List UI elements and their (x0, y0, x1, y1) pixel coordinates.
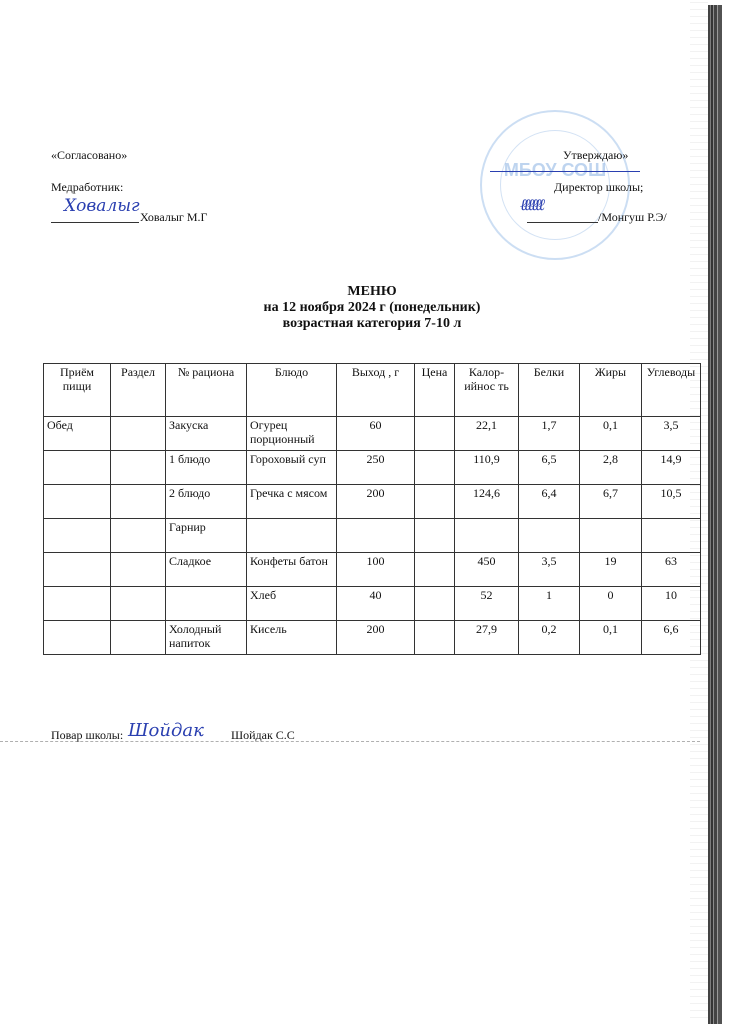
cell-meal (44, 621, 111, 655)
cell-kcal (455, 519, 519, 553)
cell-protein (519, 519, 580, 553)
menu-table: Приём пищи Раздел № рациона Блюдо Выход … (43, 363, 701, 655)
cell-fat: 19 (580, 553, 642, 587)
cell-dish: Гречка с мясом (247, 485, 337, 519)
cell-carbs: 6,6 (642, 621, 701, 655)
col-carbs: Углеводы (642, 364, 701, 417)
cell-meal (44, 451, 111, 485)
table-header-row: Приём пищи Раздел № рациона Блюдо Выход … (44, 364, 701, 417)
cell-fat: 0,1 (580, 417, 642, 451)
cell-carbs: 14,9 (642, 451, 701, 485)
approve-label: Утверждаю» (563, 148, 628, 163)
cell-dish: Огурец порционный (247, 417, 337, 451)
col-ration: № рациона (166, 364, 247, 417)
cell-price (415, 485, 455, 519)
medic-signature-line (51, 222, 139, 223)
cell-section (111, 621, 166, 655)
cell-fat: 6,7 (580, 485, 642, 519)
col-dish: Блюдо (247, 364, 337, 417)
col-protein: Белки (519, 364, 580, 417)
stamp-text: МБОУ СОШ (482, 160, 628, 180)
cell-yield: 40 (337, 587, 415, 621)
medic-role: Медработник: (51, 180, 123, 195)
cell-price (415, 587, 455, 621)
table-row: Холодный напитокКисель20027,90,20,16,6 (44, 621, 701, 655)
cell-fat: 0 (580, 587, 642, 621)
cell-yield: 200 (337, 621, 415, 655)
cell-ration: Закуска (166, 417, 247, 451)
cell-section (111, 553, 166, 587)
cell-dish: Хлеб (247, 587, 337, 621)
cell-price (415, 417, 455, 451)
director-signature-line (527, 222, 598, 223)
cook-signature: Шойдак (128, 720, 204, 741)
cell-meal (44, 485, 111, 519)
cook-name: Шойдак С.С (231, 728, 295, 743)
table-row: 1 блюдоГороховый суп250110,96,52,814,9 (44, 451, 701, 485)
table-row: ОбедЗакускаОгурец порционный6022,11,70,1… (44, 417, 701, 451)
cell-fat (580, 519, 642, 553)
col-yield: Выход , г (337, 364, 415, 417)
col-fat: Жиры (580, 364, 642, 417)
cook-label: Повар школы: (51, 728, 123, 743)
cell-section (111, 587, 166, 621)
cell-dish: Гороховый суп (247, 451, 337, 485)
col-meal: Приём пищи (44, 364, 111, 417)
cell-protein: 3,5 (519, 553, 580, 587)
cell-fat: 2,8 (580, 451, 642, 485)
cell-dish: Кисель (247, 621, 337, 655)
cell-price (415, 621, 455, 655)
cell-kcal: 52 (455, 587, 519, 621)
cell-protein: 1,7 (519, 417, 580, 451)
director-name: /Монгуш Р.Э/ (598, 210, 667, 225)
cell-carbs (642, 519, 701, 553)
cell-yield (337, 519, 415, 553)
scan-edge-artifact (708, 5, 722, 1024)
cell-protein: 1 (519, 587, 580, 621)
cell-carbs: 3,5 (642, 417, 701, 451)
cell-yield: 200 (337, 485, 415, 519)
cell-yield: 250 (337, 451, 415, 485)
cell-carbs: 10 (642, 587, 701, 621)
table-row: 2 блюдоГречка с мясом200124,66,46,710,5 (44, 485, 701, 519)
cell-kcal: 110,9 (455, 451, 519, 485)
cell-protein: 0,2 (519, 621, 580, 655)
agreed-label: «Согласовано» (51, 148, 127, 163)
cell-price (415, 553, 455, 587)
cell-ration: Гарнир (166, 519, 247, 553)
cell-yield: 100 (337, 553, 415, 587)
menu-date: на 12 ноября 2024 г (понедельник) (0, 300, 744, 316)
cell-ration: Сладкое (166, 553, 247, 587)
cell-kcal: 27,9 (455, 621, 519, 655)
director-signature: ℓℓℓℓℓℓ (520, 195, 542, 215)
medic-signature: Ховалыг (64, 196, 140, 216)
cell-price (415, 519, 455, 553)
cell-kcal: 124,6 (455, 485, 519, 519)
cell-price (415, 451, 455, 485)
cell-fat: 0,1 (580, 621, 642, 655)
cell-section (111, 485, 166, 519)
table-row: Хлеб40521010 (44, 587, 701, 621)
table-row: Гарнир (44, 519, 701, 553)
cell-meal (44, 587, 111, 621)
table-row: СладкоеКонфеты батон1004503,51963 (44, 553, 701, 587)
col-price: Цена (415, 364, 455, 417)
cell-kcal: 22,1 (455, 417, 519, 451)
director-role: Директор школы; (554, 180, 643, 195)
cell-kcal: 450 (455, 553, 519, 587)
cell-meal: Обед (44, 417, 111, 451)
cell-ration: Холодный напиток (166, 621, 247, 655)
cell-section (111, 519, 166, 553)
cell-section (111, 451, 166, 485)
cell-ration: 1 блюдо (166, 451, 247, 485)
cell-meal (44, 553, 111, 587)
cell-protein: 6,5 (519, 451, 580, 485)
cell-carbs: 10,5 (642, 485, 701, 519)
col-section: Раздел (111, 364, 166, 417)
cell-meal (44, 519, 111, 553)
col-kcal: Калор-ийнос ть (455, 364, 519, 417)
cell-carbs: 63 (642, 553, 701, 587)
menu-age-category: возрастная категория 7-10 л (0, 316, 744, 332)
cell-yield: 60 (337, 417, 415, 451)
cell-ration (166, 587, 247, 621)
cell-dish: Конфеты батон (247, 553, 337, 587)
menu-title: МЕНЮ (0, 284, 744, 300)
cell-protein: 6,4 (519, 485, 580, 519)
cell-dish (247, 519, 337, 553)
director-pen-stroke (490, 171, 640, 172)
cell-section (111, 417, 166, 451)
cell-ration: 2 блюдо (166, 485, 247, 519)
medic-name: Ховалыг М.Г (140, 210, 207, 225)
